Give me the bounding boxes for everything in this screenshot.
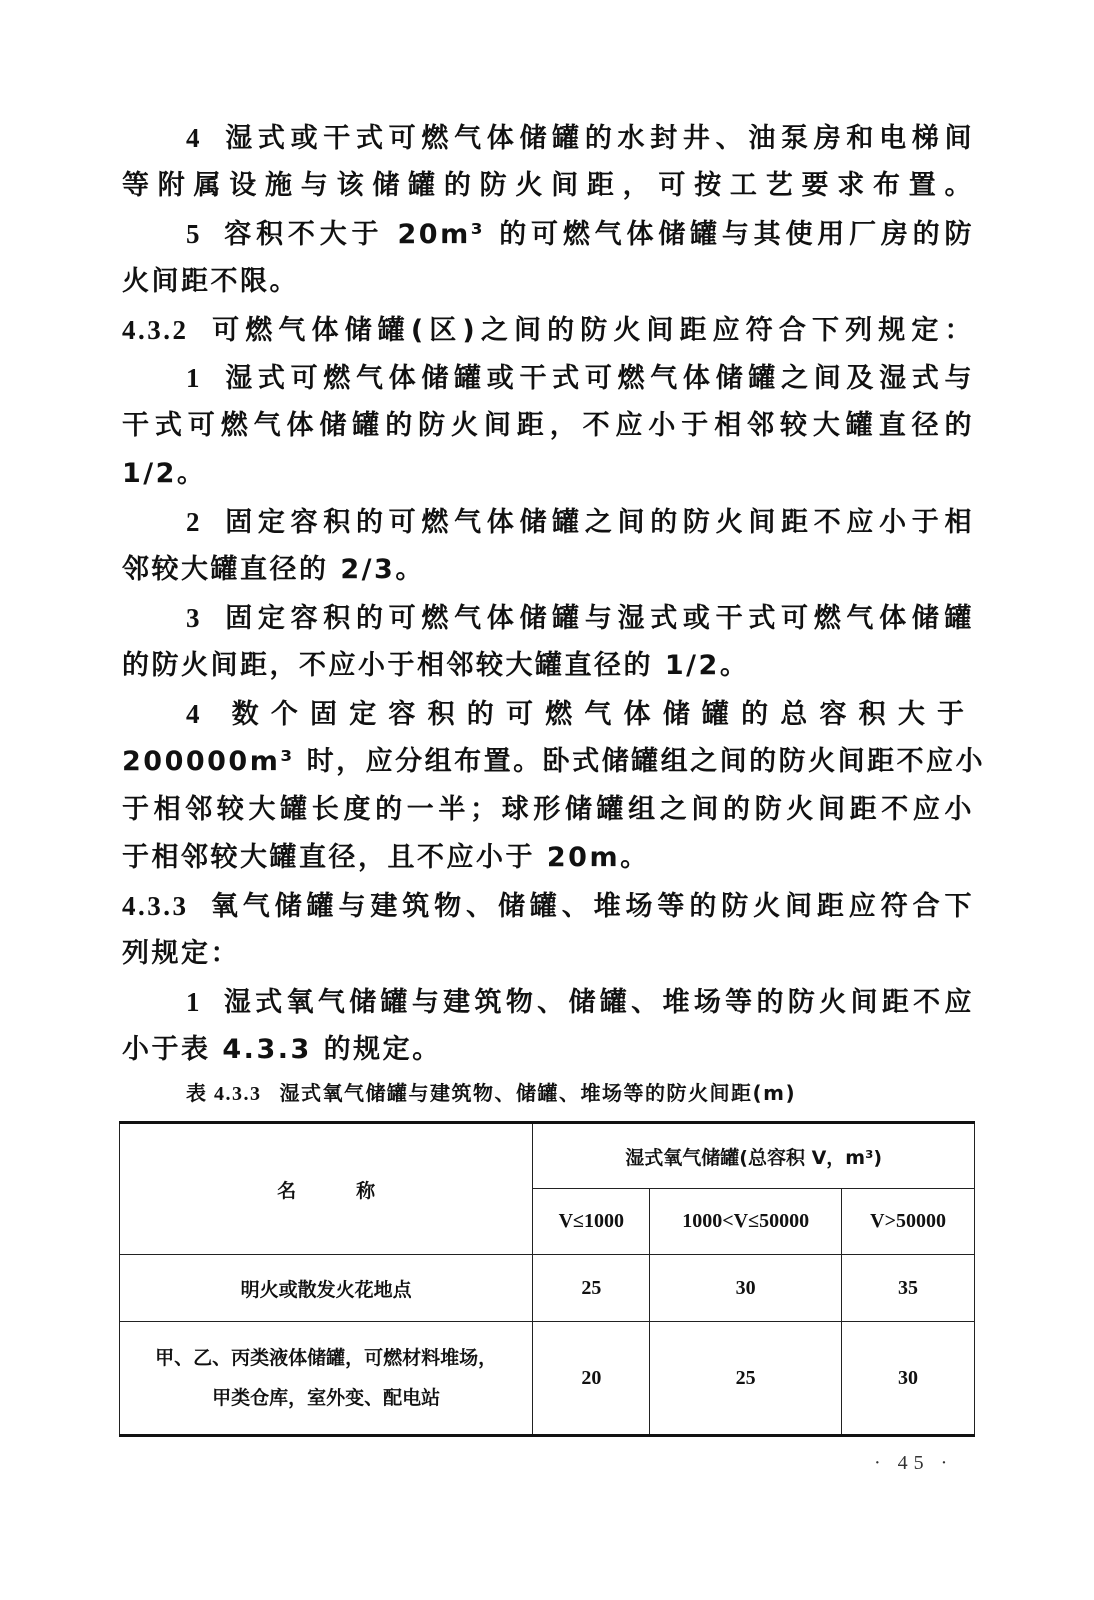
page-number: · 45 ·: [874, 1452, 953, 1475]
row-value: 30: [842, 1322, 975, 1436]
s432-item-2-line-2: 邻较大罐直径的 2/3。: [122, 550, 974, 590]
row-value: 30: [650, 1255, 842, 1322]
table-row: 明火或散发火花地点 25 30 35: [120, 1255, 975, 1322]
header-col-1: V≤1000: [533, 1189, 650, 1255]
s432-item-4-line-4: 于相邻较大罐直径，且不应小于 20m。: [122, 838, 974, 878]
header-group: 湿式氧气储罐(总容积 V，m³): [533, 1123, 975, 1189]
s432-item-4-line-3: 于相邻较大罐长度的一半；球形储罐组之间的防火间距不应小: [122, 790, 974, 830]
header-name: 名称: [120, 1123, 533, 1255]
s432-item-4-line-2: 200000m³ 时，应分组布置。卧式储罐组之间的防火间距不应小: [122, 742, 974, 782]
row-value: 25: [533, 1255, 650, 1322]
header-col-3: V>50000: [842, 1189, 975, 1255]
s432-item-1-line-3: 1/2。: [122, 454, 974, 494]
s432-item-2-line-1: 2固定容积的可燃气体储罐之间的防火间距不应小于相: [186, 502, 974, 543]
table-caption: 表 4.3.3湿式氧气储罐与建筑物、储罐、堆场等的防火间距(m): [186, 1077, 796, 1106]
header-col-2: 1000<V≤50000: [650, 1189, 842, 1255]
fire-distance-table: 名称 湿式氧气储罐(总容积 V，m³) V≤1000 1000<V≤50000 …: [119, 1121, 975, 1437]
s433-item-1-line-2: 小于表 4.3.3 的规定。: [122, 1030, 974, 1070]
section-4-3-3-heading-line-2: 列规定：: [122, 934, 974, 974]
s433-item-1-line-1: 1湿式氧气储罐与建筑物、储罐、堆场等的防火间距不应: [186, 982, 974, 1023]
para-4-line-2: 等附属设施与该储罐的防火间距，可按工艺要求布置。: [122, 166, 974, 206]
s432-item-4-line-1: 4数个固定容积的可燃气体储罐的总容积大于: [186, 694, 974, 735]
section-4-3-3-heading: 4.3.3氧气储罐与建筑物、储罐、堆场等的防火间距应符合下: [122, 886, 974, 927]
section-4-3-2-heading: 4.3.2可燃气体储罐(区)之间的防火间距应符合下列规定：: [122, 310, 974, 351]
para-5-line-1: 5容积不大于 20m³ 的可燃气体储罐与其使用厂房的防: [186, 214, 974, 255]
para-5-line-2: 火间距不限。: [122, 262, 974, 302]
s432-item-3-line-2: 的防火间距，不应小于相邻较大罐直径的 1/2。: [122, 646, 974, 686]
row-value: 25: [650, 1322, 842, 1436]
document-page: 4湿式或干式可燃气体储罐的水封井、油泵房和电梯间 等附属设施与该储罐的防火间距，…: [0, 0, 1094, 1600]
s432-item-1-line-1: 1湿式可燃气体储罐或干式可燃气体储罐之间及湿式与: [186, 358, 974, 399]
row-value: 35: [842, 1255, 975, 1322]
s432-item-3-line-1: 3固定容积的可燃气体储罐与湿式或干式可燃气体储罐: [186, 598, 974, 639]
row-value: 20: [533, 1322, 650, 1436]
row-name: 甲、乙、丙类液体储罐，可燃材料堆场， 甲类仓库，室外变、配电站: [120, 1322, 533, 1436]
para-4-line-1: 4湿式或干式可燃气体储罐的水封井、油泵房和电梯间: [186, 118, 974, 159]
row-name: 明火或散发火花地点: [120, 1255, 533, 1322]
table-row: 甲、乙、丙类液体储罐，可燃材料堆场， 甲类仓库，室外变、配电站 20 25 30: [120, 1322, 975, 1436]
s432-item-1-line-2: 干式可燃气体储罐的防火间距，不应小于相邻较大罐直径的: [122, 406, 974, 446]
